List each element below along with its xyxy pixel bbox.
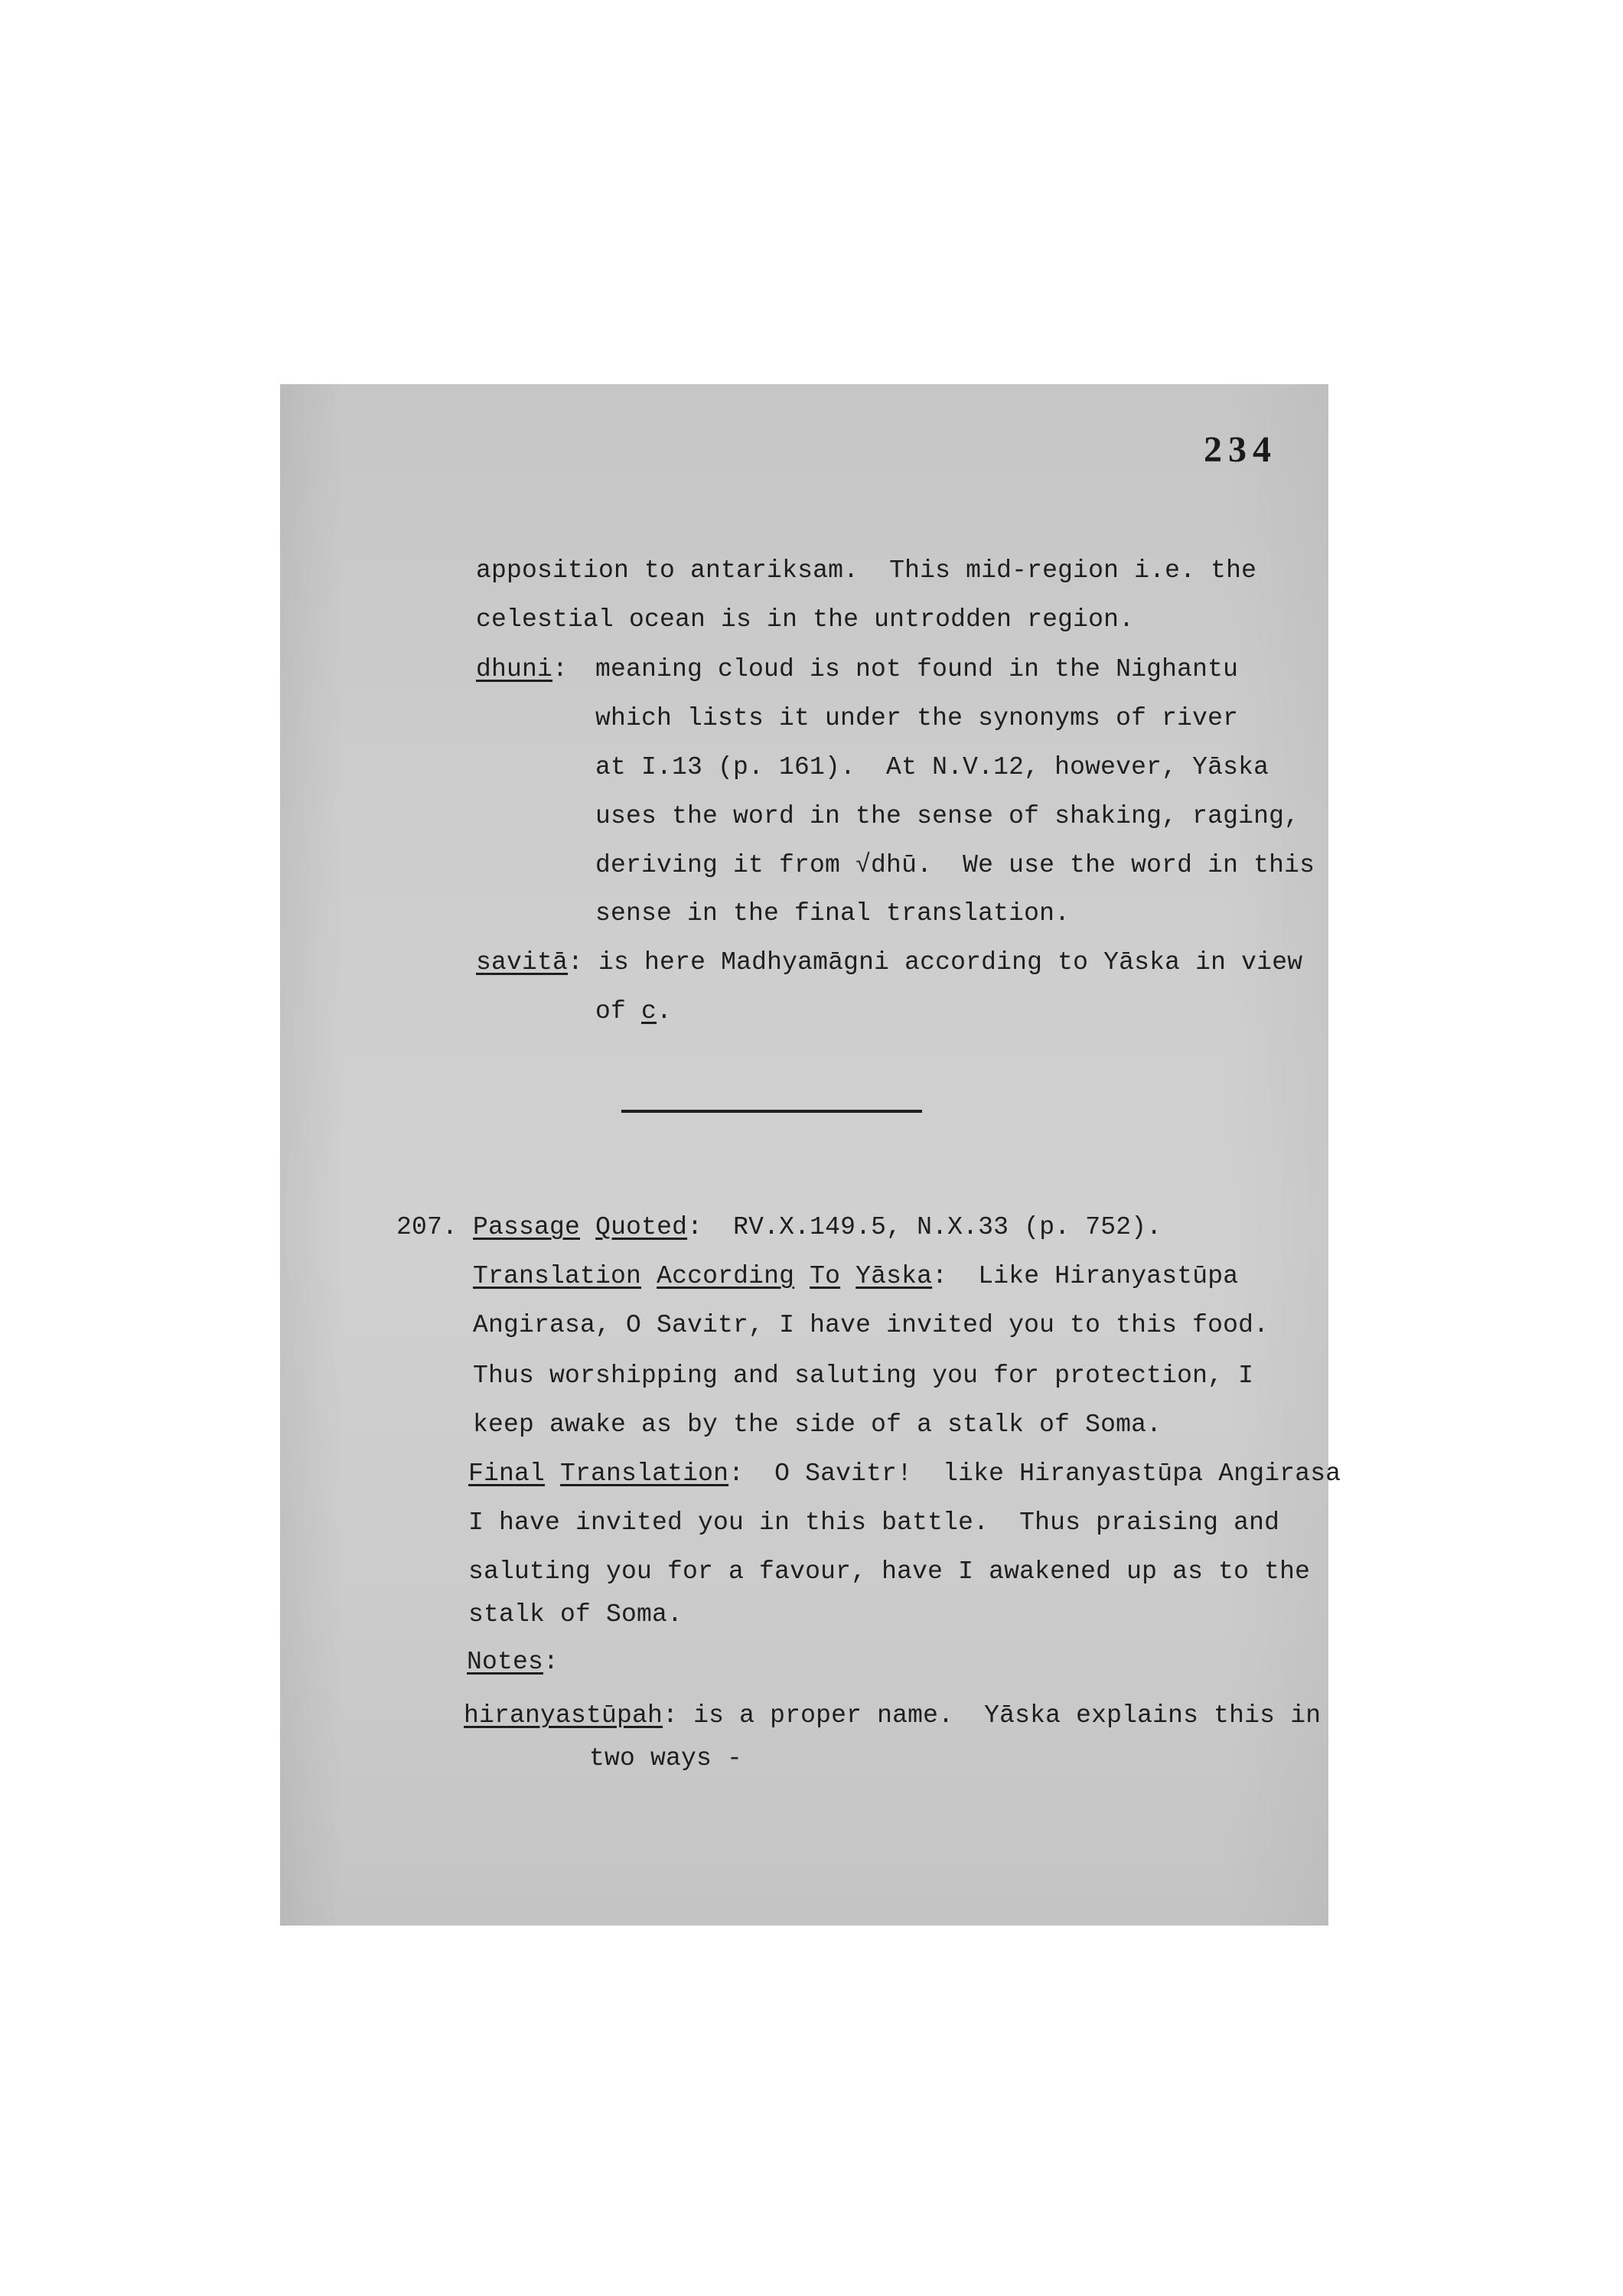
final-translation-heading: Final Translation: O Savitr! like Hirany… (468, 1459, 1341, 1489)
page-number: 234 (1204, 429, 1277, 471)
label-word: To (810, 1262, 840, 1290)
passage-reference: RV.X.149.5, N.X.33 (p. 752). (733, 1213, 1162, 1241)
body-text: Like Hiranyastūpa (978, 1262, 1238, 1290)
body-line: celestial ocean is in the untrodden regi… (476, 605, 1134, 635)
entry-heading: 207. Passage Quoted: RV.X.149.5, N.X.33 … (396, 1212, 1162, 1243)
punctuation: . (657, 997, 672, 1026)
body-line: which lists it under the synonyms of riv… (595, 703, 1238, 734)
body-line: sense in the final translation. (595, 899, 1070, 929)
body-line: of c. (595, 996, 672, 1027)
body-text: O Savitr! like Hiranyastūpa Angirasa (774, 1459, 1341, 1488)
note-term: savitā (476, 948, 568, 977)
label-word: Translation (473, 1262, 641, 1290)
label-word: Yāska (855, 1262, 932, 1290)
body-line: at I.13 (p. 161). At N.V.12, however, Yā… (595, 752, 1269, 783)
body-line: stalk of Soma. (468, 1600, 683, 1630)
label-word: Final (468, 1459, 545, 1488)
label-word: According (657, 1262, 794, 1290)
body-line: meaning cloud is not found in the Nighan… (595, 654, 1238, 685)
colon: : (568, 948, 598, 977)
body-line: uses the word in the sense of shaking, r… (595, 801, 1299, 832)
note-dhuni: dhuni: (476, 654, 568, 685)
note-savita: savitā: is here Madhyamāgni according to… (476, 947, 1302, 978)
label-word: Quoted (595, 1213, 687, 1241)
translation-yaska-heading: Translation According To Yāska: Like Hir… (473, 1261, 1238, 1292)
body-line: Angirasa, O Savitr, I have invited you t… (473, 1310, 1269, 1341)
body-line: apposition to antariksam. This mid-regio… (476, 556, 1256, 586)
body-text: is here Madhyamāgni according to Yāska i… (598, 948, 1302, 977)
body-line: I have invited you in this battle. Thus … (468, 1508, 1279, 1538)
body-text: is a proper name. Yāska explains this in (693, 1701, 1321, 1730)
label-word: Passage (473, 1213, 580, 1241)
note-hiranyastupah: hiranyastūpah: is a proper name. Yāska e… (464, 1701, 1321, 1731)
section-divider (621, 1110, 922, 1113)
verse-ref: c (641, 997, 657, 1026)
body-text: of (595, 997, 641, 1026)
notes-heading: Notes: (467, 1647, 559, 1678)
body-line: two ways - (589, 1743, 742, 1774)
body-line: Thus worshipping and saluting you for pr… (473, 1361, 1253, 1391)
body-line: saluting you for a favour, have I awaken… (468, 1557, 1310, 1587)
body-line: deriving it from √dhū. We use the word i… (595, 850, 1315, 881)
label-word: Translation (560, 1459, 728, 1488)
note-term: dhuni (476, 655, 552, 683)
entry-number: 207. (396, 1213, 458, 1241)
label-word: Notes (467, 1648, 543, 1676)
body-line: keep awake as by the side of a stalk of … (473, 1410, 1162, 1440)
note-term: hiranyastūpah (464, 1701, 663, 1730)
colon: : (552, 655, 568, 683)
